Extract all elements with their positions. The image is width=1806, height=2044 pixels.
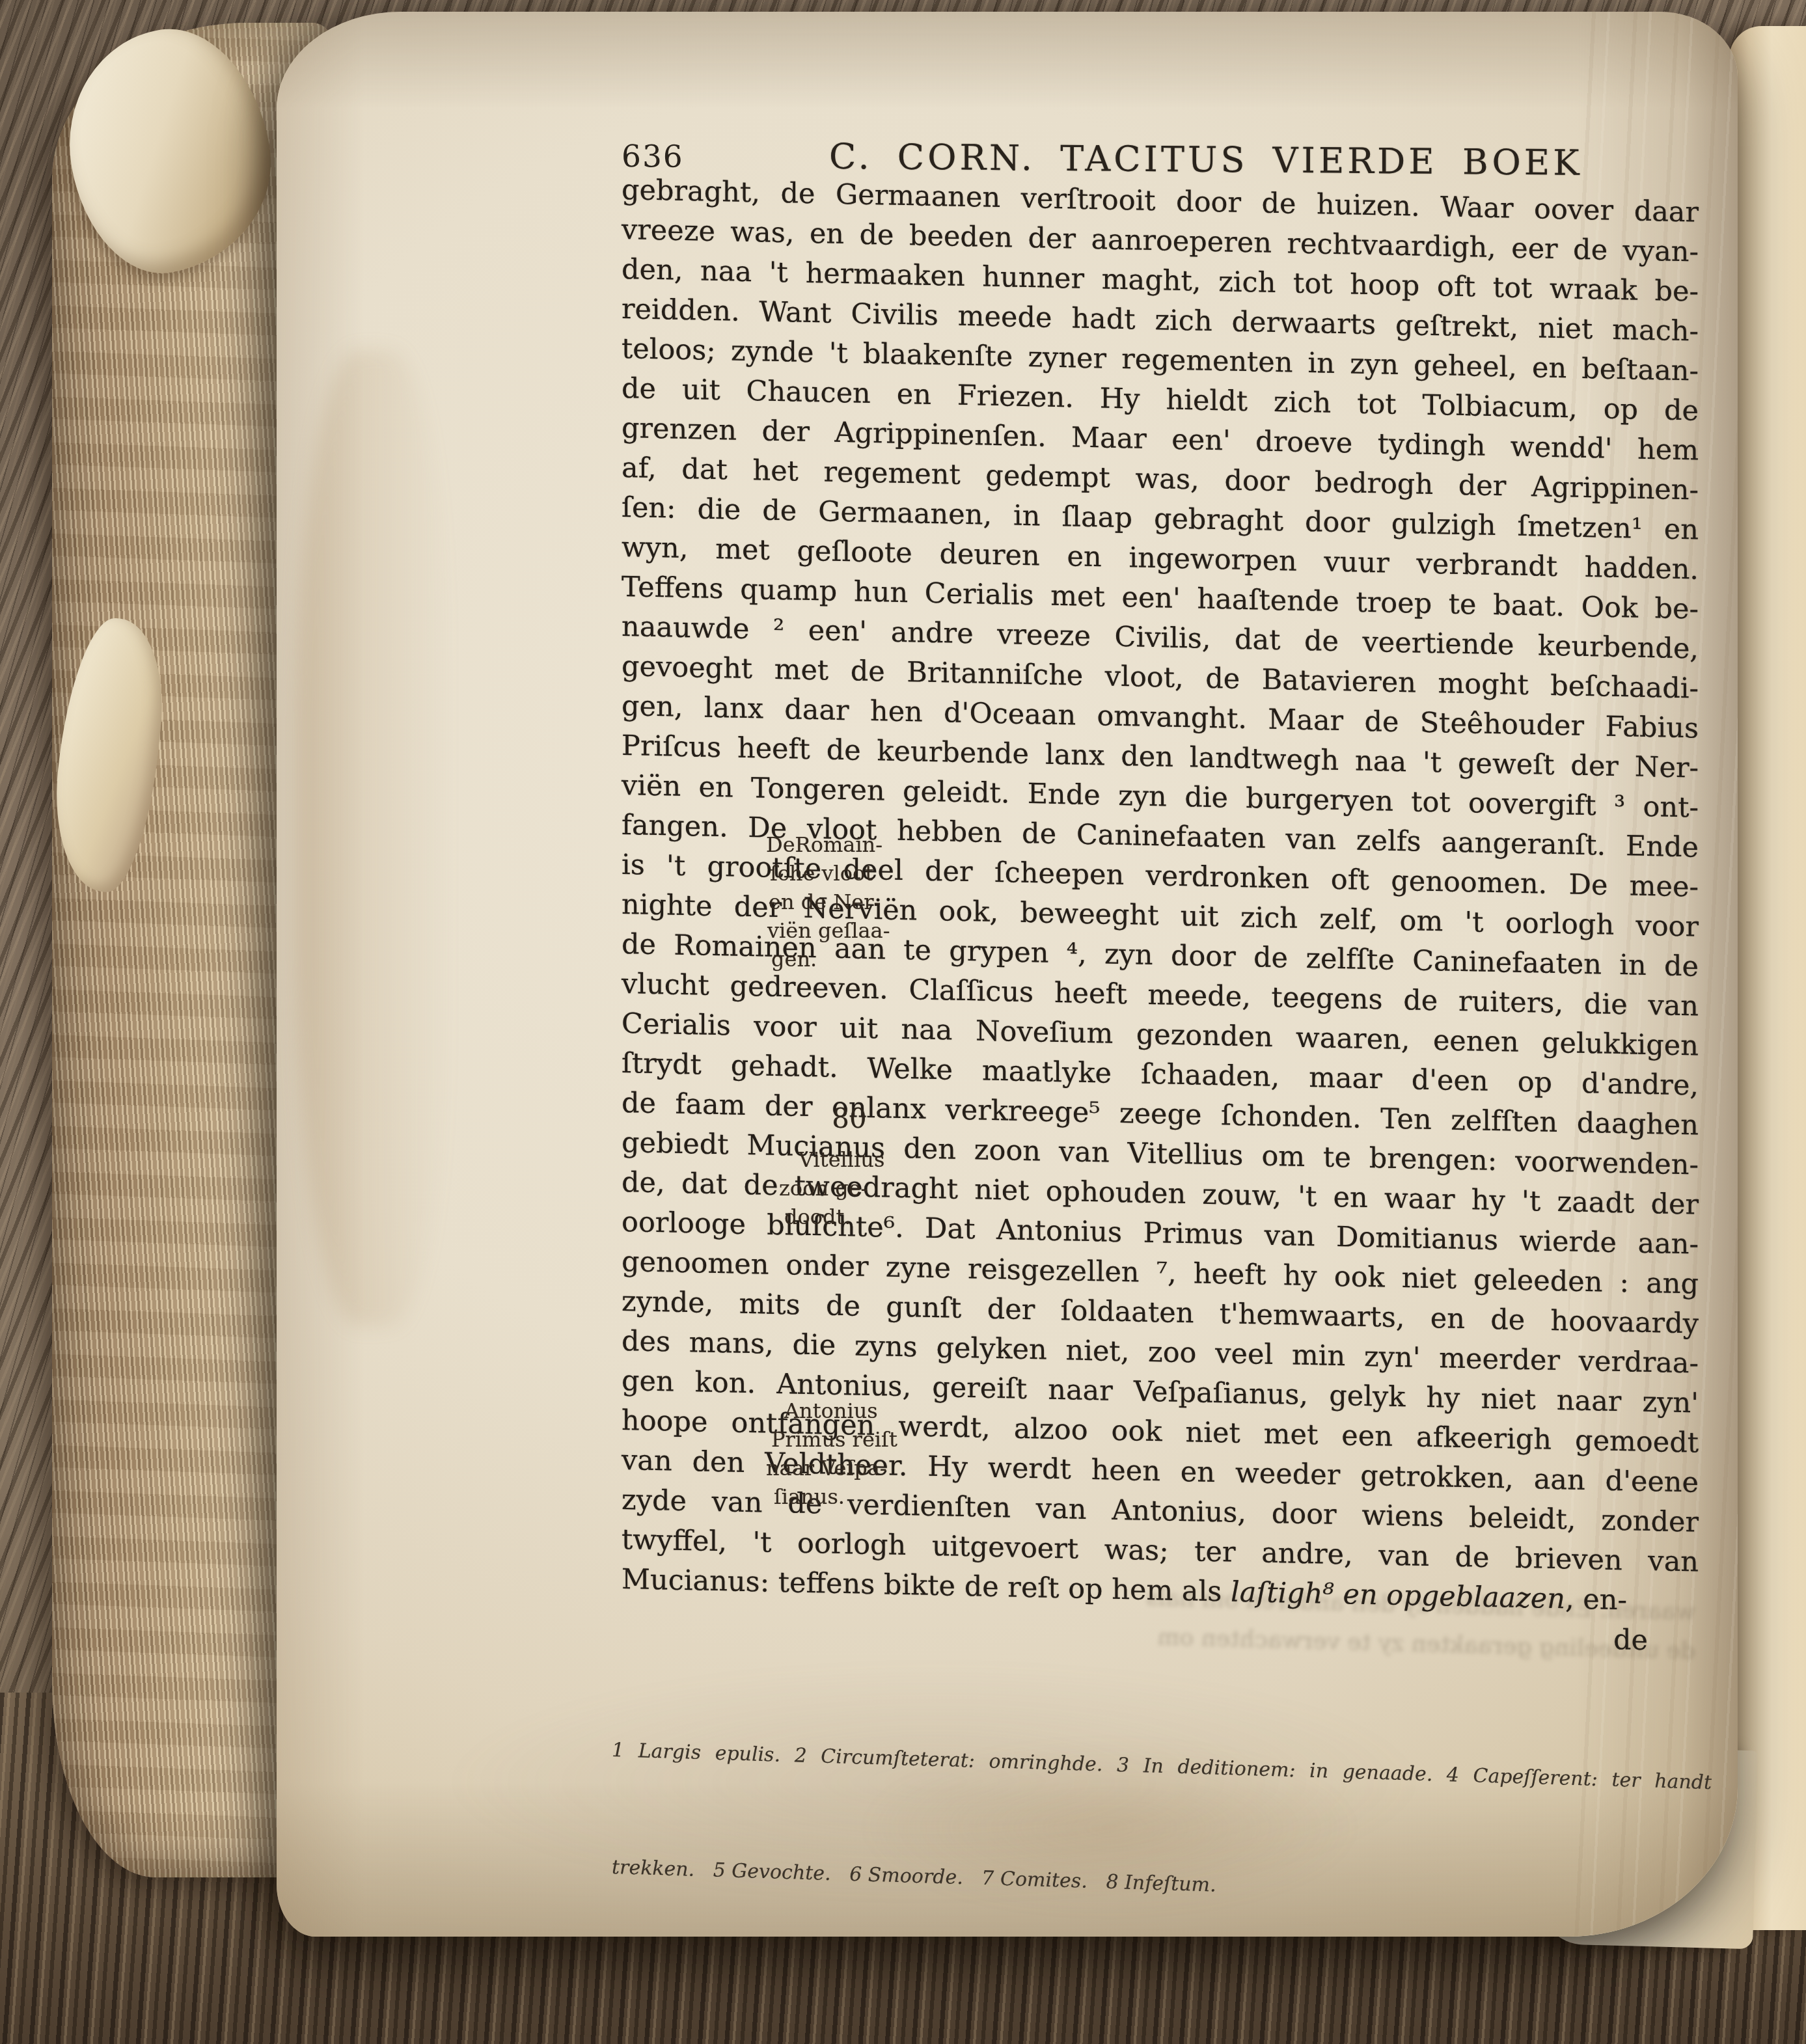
note-line: Primus reiſt [766,1425,899,1454]
note-line: naar Veſpa- [766,1454,899,1482]
note-line: viën geſlaa- [766,916,899,945]
footnote-line-1: 1 Largis epulis. 2 Circumſteterat: omrin… [612,1731,1712,1803]
paper-stain [296,350,452,1326]
margin-note-romeinse-vloot: DeRomain- ſche vloot en de Ner- viën geſ… [766,830,899,974]
margin-note-number-80: 80 [810,1102,888,1134]
note-line: Vitellius [779,1145,912,1174]
note-line: gen. [766,945,899,974]
margin-note-vitellius: Vitellius zoon ge- doodt. [779,1145,912,1231]
facing-page-fore-edge [1729,26,1806,1930]
note-line: ſianus. [766,1482,899,1511]
photograph-of-open-book: { "page": { "number": "636", "title": "C… [0,0,1806,2044]
note-line: Antonius [766,1397,899,1425]
footnote-line-2: trekken. 5 Gevochte. 6 Smoorde. 7 Comite… [612,1848,1712,1920]
footnotes: 1 Largis epulis. 2 Circumſteterat: omrin… [612,1653,1712,1998]
note-line: en de Ner- [766,888,899,916]
book-page: waaren. Ende hadden zy den anderen om ha… [277,12,1738,1937]
page-number: 636 [622,139,684,175]
italic-phrase: laſtigh⁸ en opgeblaazen [1231,1576,1565,1616]
note-line: zoon ge- [779,1174,912,1203]
note-line: doodt. [779,1203,912,1231]
note-line: ſche vloot [766,859,899,888]
margin-note-antonius: Antonius Primus reiſt naar Veſpa- ſianus… [766,1397,899,1511]
text-segment: , en- [1565,1583,1627,1616]
note-line: DeRomain- [766,830,899,859]
